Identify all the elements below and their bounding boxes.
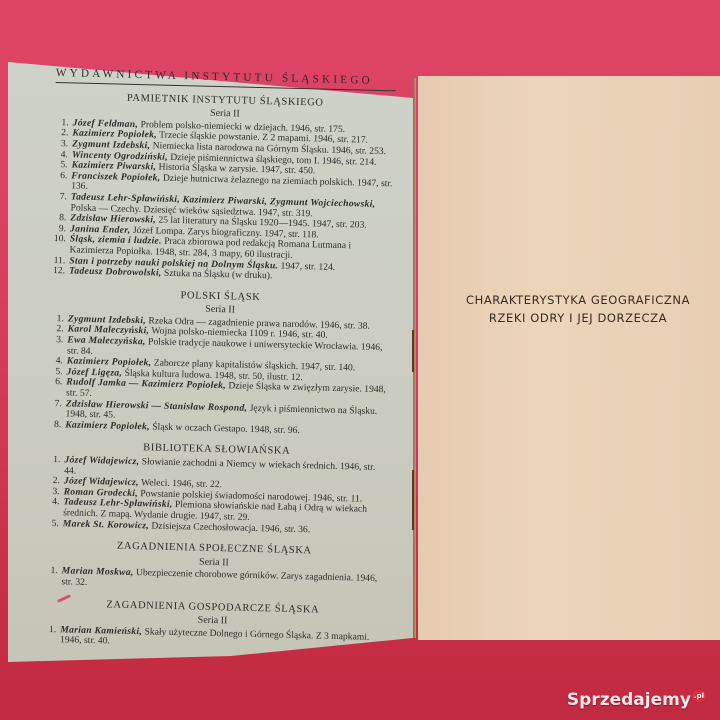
staple [412,330,414,372]
item-number: 1. [42,625,61,647]
item-number: 4. [45,497,64,519]
item-title: 1947, str. 124. [278,260,335,272]
item-author: Kazimierz Popiołek, [65,419,150,432]
book-title-line-2: RZEKI ODRY I JEJ DORZECZA [440,309,716,327]
item-number: 1. [43,566,62,588]
item-number: 10. [51,234,70,256]
item-number: 6. [53,171,72,193]
item-number: 5. [45,518,63,529]
book-title: CHARAKTERYSTYKA GEOGRAFICZNA RZEKI ODRY … [440,291,716,327]
item-number: 1. [46,455,65,477]
sections-container: PAMIETNIK INSTYTUTU ŚLĄSKIEGOSeria II1.J… [42,92,396,659]
item-number: 7. [52,192,71,214]
item-author: Marek St. Korowicz, [63,518,149,531]
item-author: Tadeusz Dobrowolski, [69,265,162,278]
book-title-line-1: CHARAKTERYSTYKA GEOGRAFICZNA [440,291,716,309]
item-number: 12. [51,266,69,277]
watermark-tld-badge: .pl [692,690,706,702]
item-number: 8. [47,420,65,431]
publications-list: WYDAWNICTWA INSTYTUTU ŚLĄSKIEGO PAMIETNI… [42,68,396,659]
right-page [418,76,720,640]
watermark-brand: Sprzedajemy [567,690,691,710]
publisher-header: WYDAWNICTWA INSTYTUTU ŚLĄSKIEGO [56,68,396,91]
watermark-logo: Sprzedajemy.pl [567,690,706,710]
item-number: 6. [48,377,67,399]
staple [412,470,414,530]
item-number: 3. [49,335,68,357]
item-number: 7. [47,399,66,421]
item-title: Sztuka na Śląsku (w druku). [161,268,272,282]
